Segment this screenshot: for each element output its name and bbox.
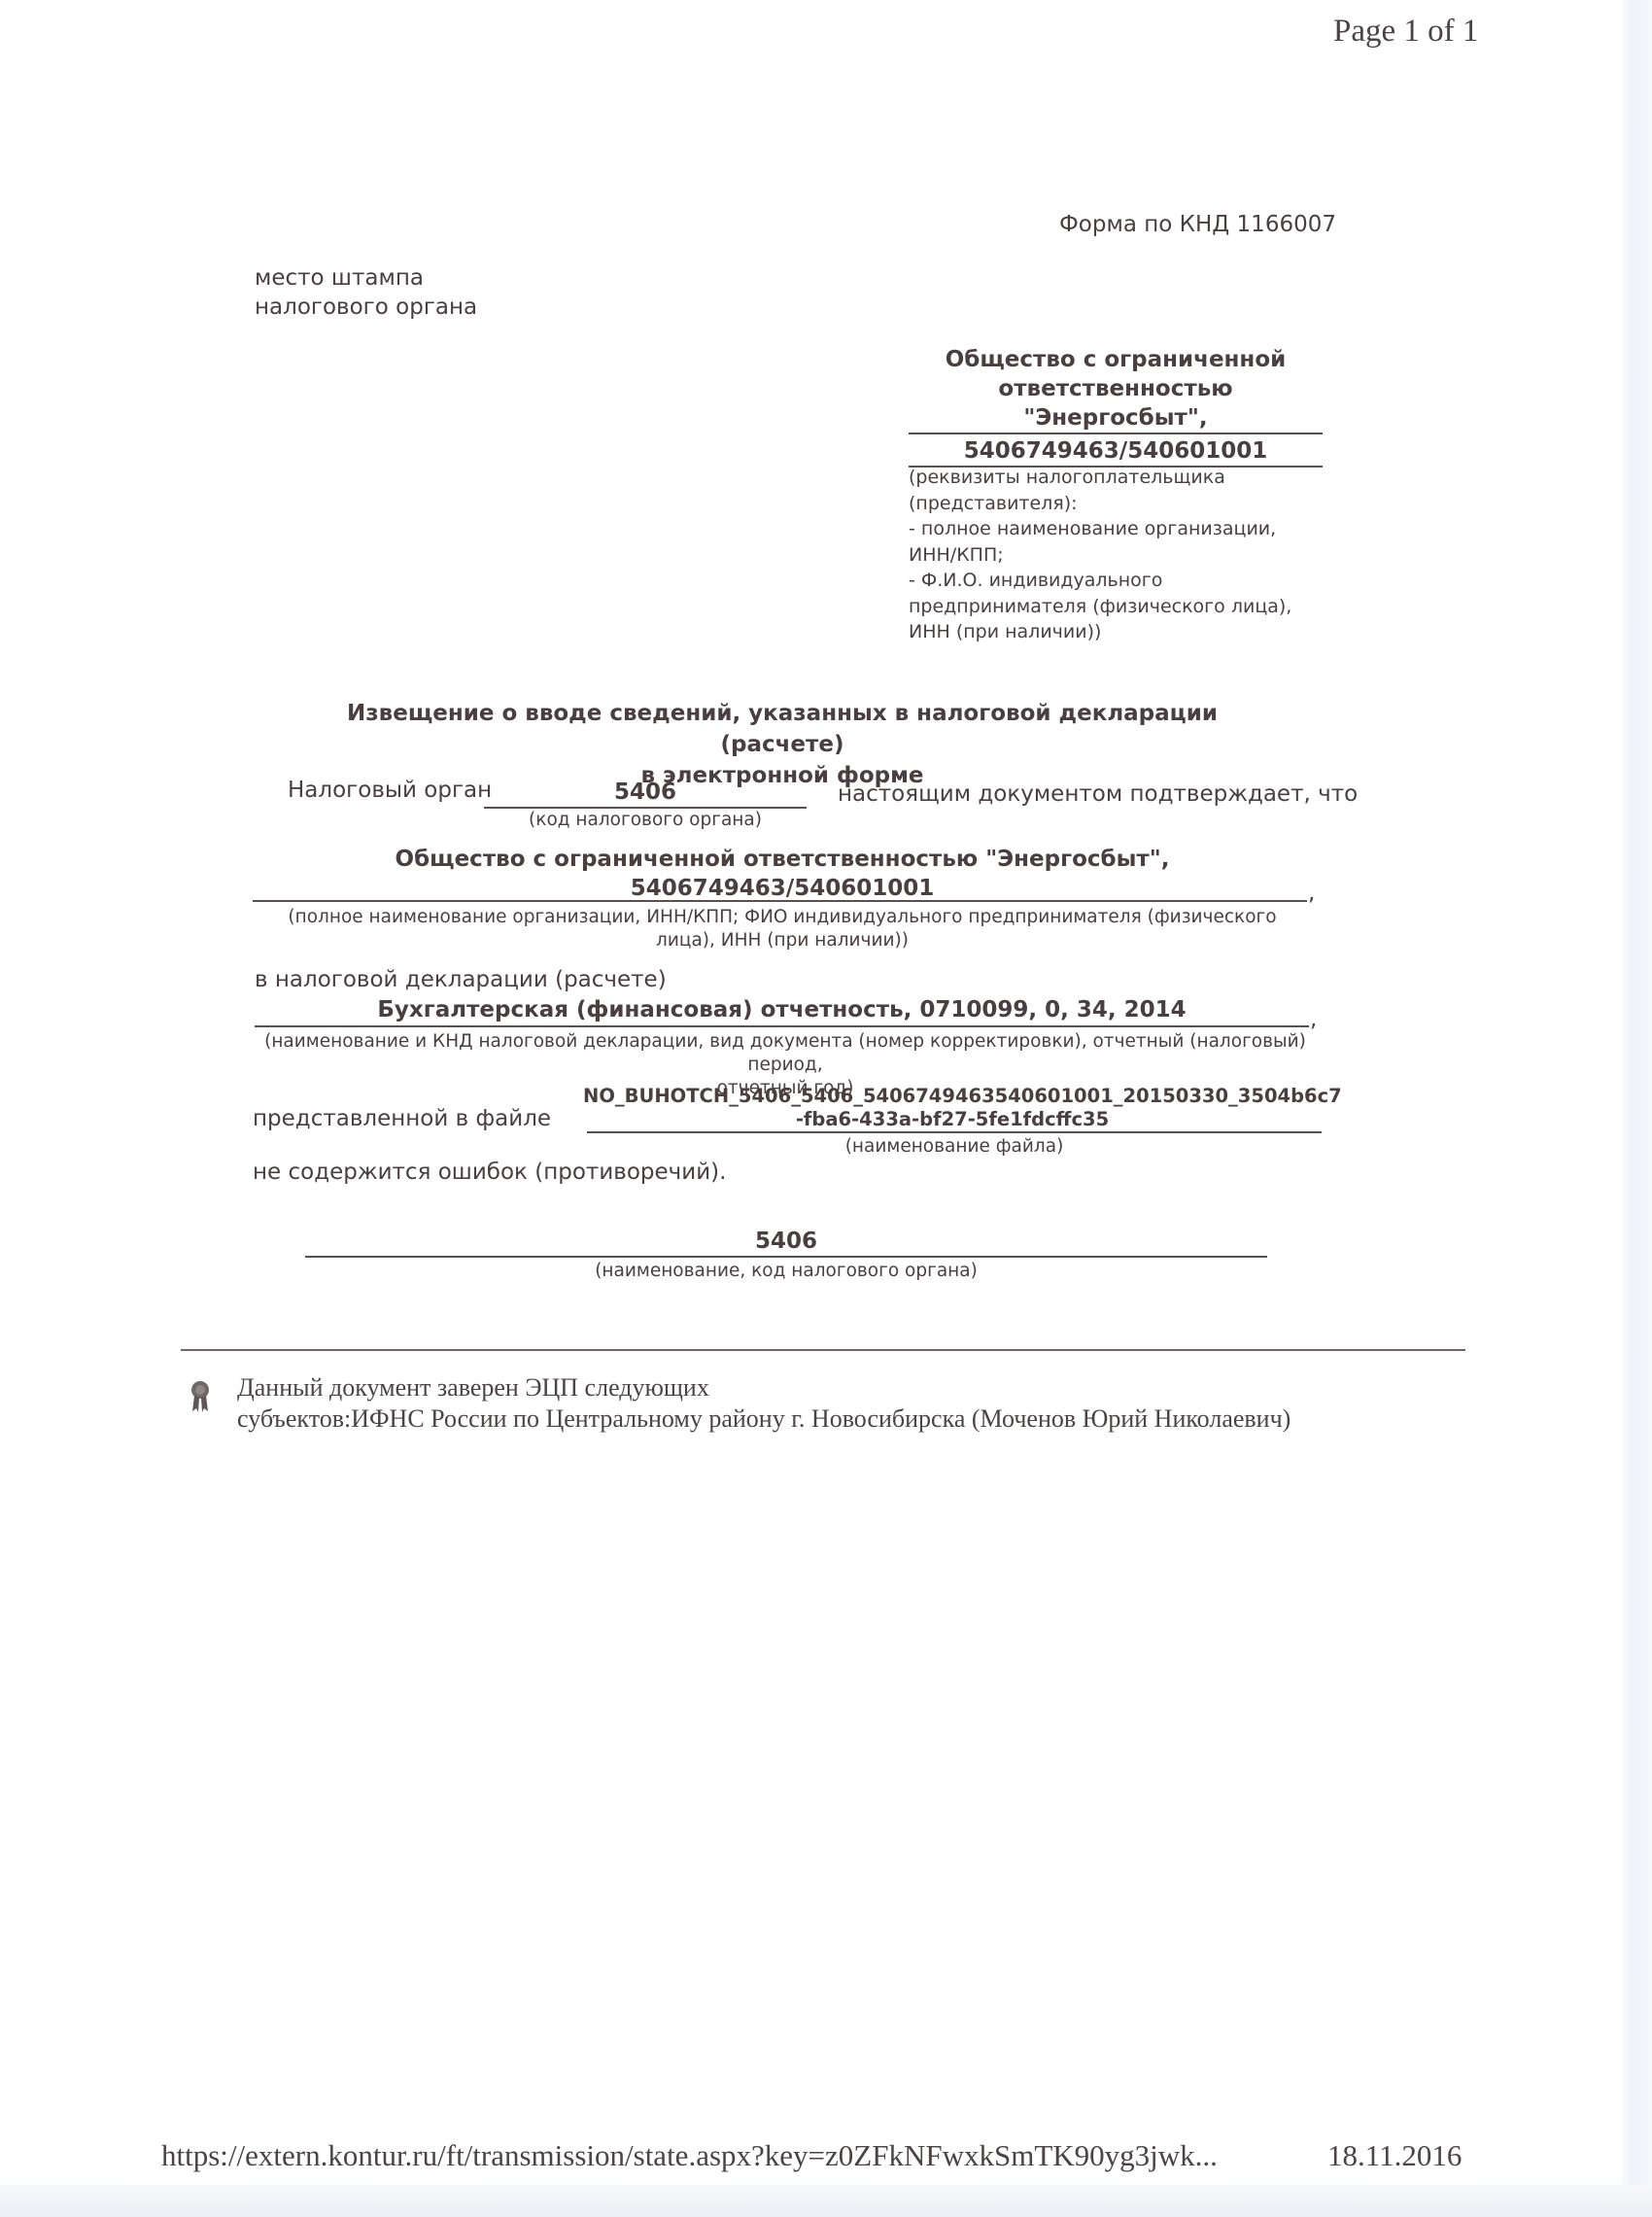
- file-label: представленной в файле: [253, 1106, 551, 1131]
- hint-line: ИНН (при наличии)): [909, 619, 1326, 645]
- signature-text: Данный документ заверен ЭЦП следующих су…: [237, 1372, 1291, 1435]
- page-indicator: Page 1 of 1: [1333, 14, 1478, 50]
- organ-name-code: 5406: [305, 1227, 1267, 1256]
- taxpayer-name-line: "Энергосбыт",: [909, 403, 1323, 433]
- signature-line: Данный документ заверен ЭЦП следующих: [237, 1372, 1291, 1403]
- hint-line: (представителя):: [909, 491, 1326, 517]
- organization-hint: (полное наименование организации, ИНН/КП…: [253, 906, 1312, 953]
- hint-line: (полное наименование организации, ИНН/КП…: [253, 906, 1312, 929]
- tax-organ-field: 5406: [484, 778, 807, 809]
- confirms-text: настоящим документом подтверждает, что: [838, 781, 1358, 807]
- tax-organ-code: 5406: [484, 778, 807, 809]
- footer-url[interactable]: https://extern.kontur.ru/ft/transmission…: [161, 2138, 1218, 2173]
- taxpayer-requisites: Общество с ограниченной ответственностью…: [909, 345, 1323, 468]
- footer-date: 18.11.2016: [1327, 2138, 1462, 2173]
- organization-underline: [253, 900, 1307, 902]
- trailing-comma: ,: [1310, 1007, 1317, 1032]
- no-errors-text: не содержится ошибок (противоречий).: [253, 1160, 726, 1185]
- organization-name: Общество с ограниченной ответственностью…: [253, 845, 1312, 874]
- tax-organ-hint: (код налогового органа): [484, 809, 807, 832]
- seal-icon: [190, 1380, 210, 1415]
- hint-line: - Ф.И.О. индивидуального: [909, 568, 1326, 594]
- declaration-label: в налоговой декларации (расчете): [255, 967, 667, 992]
- declaration-value: Бухгалтерская (финансовая) отчетность, 0…: [255, 995, 1309, 1024]
- tax-organ-label: Налоговый орган: [288, 778, 492, 803]
- organization-inn-kpp: 5406749463/540601001: [253, 874, 1312, 903]
- declaration-underline: [255, 1025, 1309, 1027]
- file-name: NO_BUHOTCH_5406_5406_5406749463540601001…: [583, 1085, 1322, 1131]
- taxpayer-name-line: ответственностью: [909, 374, 1323, 403]
- file-name-line: -fba6-433a-bf27-5fe1fdcffc35: [583, 1108, 1322, 1131]
- stamp-place-line: место штампа: [255, 263, 477, 293]
- organ-name-underline: [305, 1256, 1267, 1258]
- taxpayer-inn-kpp: 5406749463/540601001: [909, 434, 1323, 468]
- scan-edge-bottom: [0, 2185, 1652, 2217]
- signature-line: субъектов:ИФНС России по Центральному ра…: [237, 1403, 1291, 1435]
- organization-field: Общество с ограниченной ответственностью…: [253, 845, 1312, 903]
- hint-line: предпринимателя (физического лица),: [909, 594, 1326, 620]
- requisites-hint: (реквизиты налогоплательщика (представит…: [909, 465, 1326, 645]
- hint-line: (реквизиты налогоплательщика: [909, 465, 1326, 491]
- organ-name-hint: (наименование, код налогового органа): [305, 1260, 1267, 1283]
- trailing-comma: ,: [1308, 881, 1315, 906]
- divider: [181, 1349, 1465, 1351]
- hint-line: - полное наименование организации,: [909, 516, 1326, 542]
- hint-line: лица), ИНН (при наличии)): [253, 929, 1312, 953]
- hint-line: ИНН/КПП;: [909, 542, 1326, 569]
- taxpayer-name-line: Общество с ограниченной: [909, 345, 1323, 374]
- scan-edge-right: [1621, 0, 1652, 2217]
- stamp-place: место штампа налогового органа: [255, 263, 477, 322]
- file-hint: (наименование файла): [587, 1135, 1322, 1159]
- file-underline: [587, 1131, 1322, 1133]
- form-code: Форма по КНД 1166007: [1059, 212, 1336, 237]
- taxpayer-name: Общество с ограниченной ответственностью…: [909, 345, 1323, 434]
- file-name-line: NO_BUHOTCH_5406_5406_5406749463540601001…: [583, 1085, 1322, 1108]
- title-line: Извещение о вводе сведений, указанных в …: [282, 698, 1283, 760]
- stamp-place-line: налогового органа: [255, 293, 477, 322]
- hint-line: (наименование и КНД налоговой декларации…: [251, 1030, 1320, 1077]
